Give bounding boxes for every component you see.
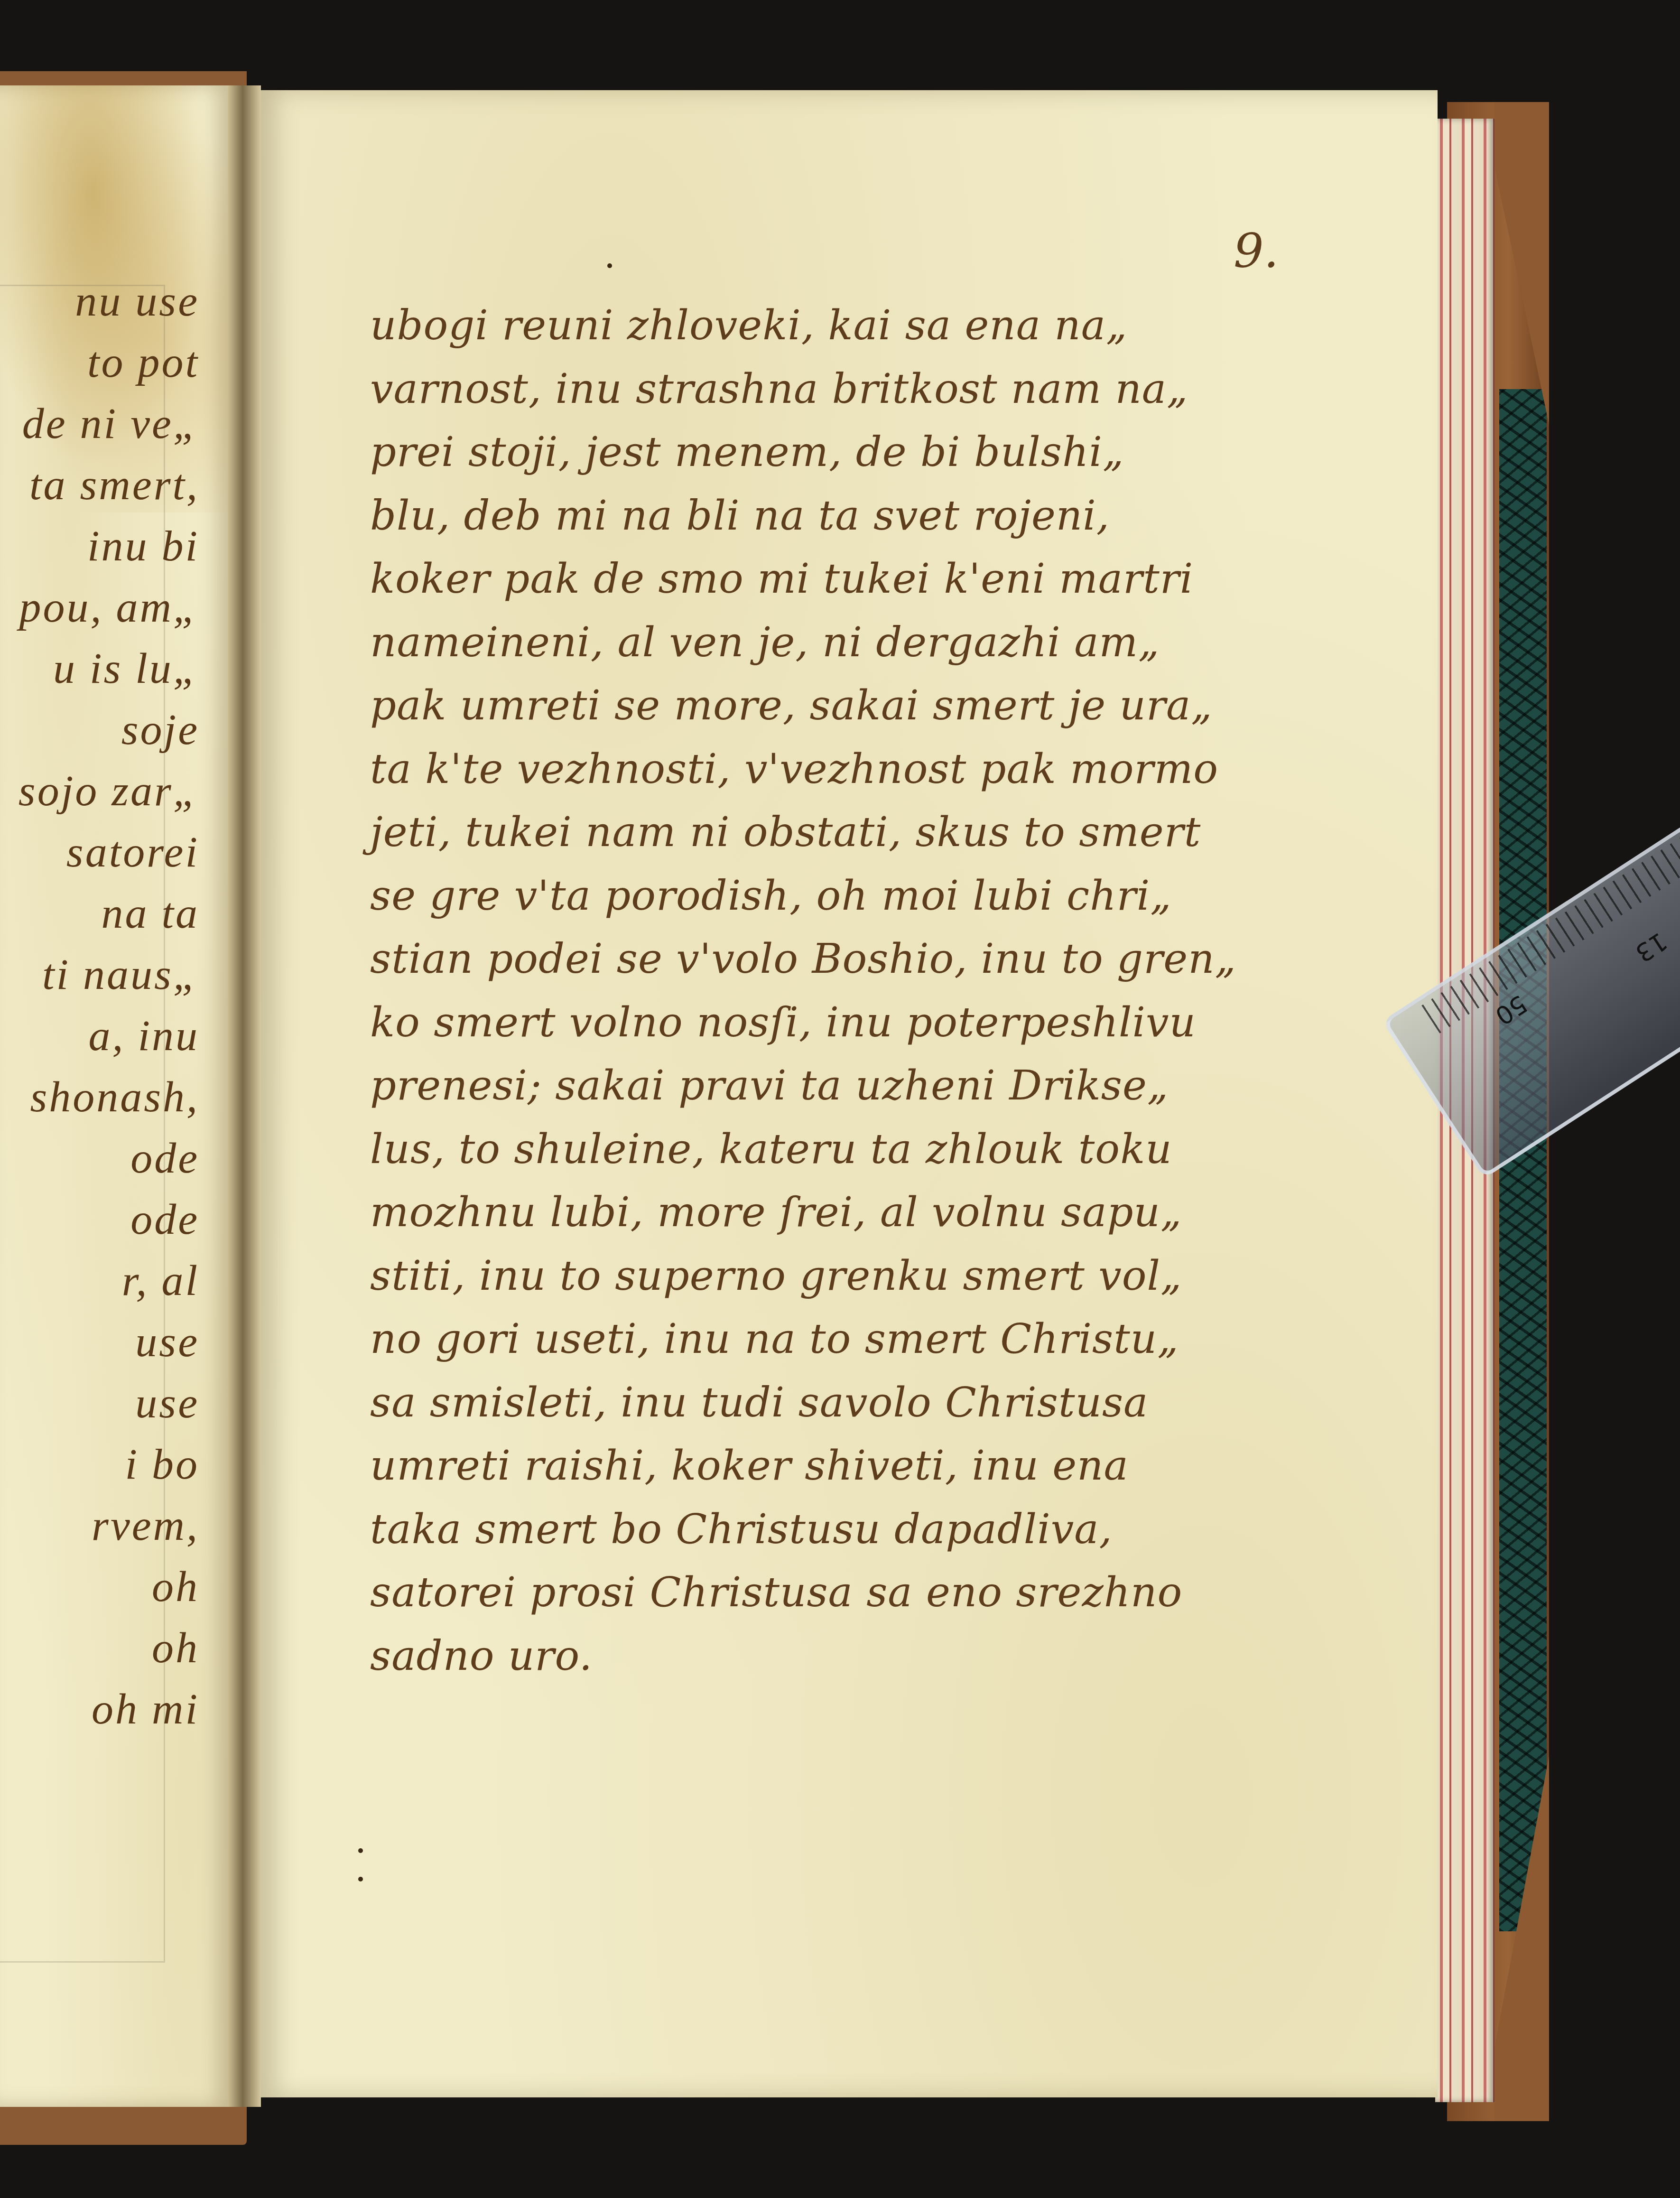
text-line: ta k'te vezhnosti, v'vezhnost pak mormo [370,738,1390,801]
book-gutter [228,85,261,2107]
left-line: ta smert, [0,454,199,515]
ink-dot [358,1848,363,1853]
text-line: pak umreti se more, sakai smert je ura„ [370,674,1390,738]
text-line: ubogi reuni zhloveki, kai sa ena na„ [370,294,1390,358]
text-line: lus, to shuleine, kateru ta zhlouk toku [370,1118,1390,1182]
text-line: se gre v'ta porodish, oh moi lubi chri„ [370,865,1390,928]
left-line: oh [0,1617,199,1678]
text-line: no gori useti, inu na to smert Christu„ [370,1308,1390,1371]
left-line: r, al [0,1250,199,1311]
left-page-text: nu use to pot de ni ve„ ta smert, inu bi… [0,270,199,1740]
left-line: ode [0,1127,199,1189]
text-line: sadno uro. [370,1625,1390,1688]
left-line: oh mi [0,1678,199,1740]
text-line: prei stoji, jest menem, de bi bulshi„ [370,421,1390,484]
text-line: varnost, inu strashna britkost nam na„ [370,358,1390,421]
right-page-text: ubogi reuni zhloveki, kai sa ena na„ var… [370,294,1390,1688]
left-line: pou, am„ [0,577,199,638]
left-line: ti naus„ [0,944,199,1005]
left-line: use [0,1311,199,1372]
left-line: inu bi [0,515,199,577]
ruler-label: 13 [1630,926,1672,967]
left-line: ode [0,1189,199,1250]
text-line: sa smisleti, inu tudi savolo Christusa [370,1371,1390,1435]
ink-dot [358,1877,363,1881]
text-line: blu, deb mi na bli na ta svet rojeni, [370,484,1390,548]
left-line: to pot [0,332,199,393]
text-line: mozhnu lubi, more ſrei, al volnu sapu„ [370,1181,1390,1245]
left-line: na ta [0,883,199,944]
left-line: satorei [0,821,199,883]
left-line: shonash, [0,1066,199,1127]
book-photo: nu use to pot de ni ve„ ta smert, inu bi… [0,0,1680,2198]
left-line: de ni ve„ [0,393,199,454]
left-line: a, inu [0,1005,199,1066]
text-line: satorei prosi Christusa sa eno srezhno [370,1561,1390,1625]
text-line: nameineni, al ven je, ni dergazhi am„ [370,611,1390,675]
left-line: nu use [0,270,199,332]
text-line: prenesi; sakai pravi ta uzheni Drikse„ [370,1054,1390,1118]
left-line: i bo [0,1434,199,1495]
text-line: jeti, tukei nam ni obstati, skus to smer… [370,801,1390,865]
text-line: taka smert bo Christusu dapadliva, [370,1498,1390,1562]
text-line: ko smert volno nosſi, inu poterpeshlivu [370,991,1390,1055]
page-number: 9. [1234,223,1279,279]
left-line: rvem, [0,1495,199,1556]
text-line: umreti raishi, koker shiveti, inu ena [370,1434,1390,1498]
left-line: soje [0,699,199,760]
ink-dot [607,263,612,268]
text-line: stiti, inu to superno grenku smert vol„ [370,1245,1390,1308]
left-line: sojo zar„ [0,760,199,821]
text-line: koker pak de smo mi tukei k'eni martri [370,548,1390,611]
left-line: oh [0,1556,199,1617]
text-line: stian podei se v'volo Boshio, inu to gre… [370,928,1390,991]
left-line: use [0,1372,199,1434]
left-line: u is lu„ [0,638,199,699]
